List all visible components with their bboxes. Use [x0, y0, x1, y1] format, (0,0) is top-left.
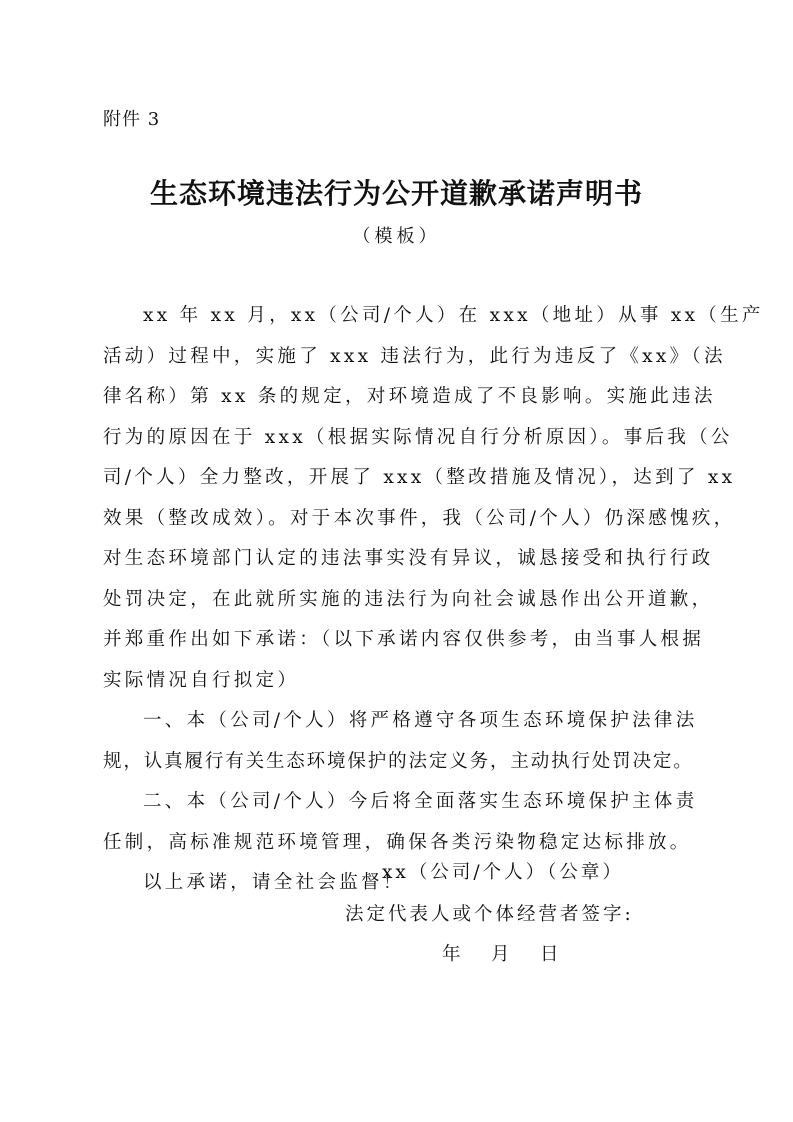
attachment-label: 附件 3	[103, 105, 160, 131]
paragraph-line: 司/个人）全力整改，开展了 xxx（整改措施及情况），达到了 xx	[103, 458, 693, 499]
commitment-1-line: 一、本（公司/个人）将严格遵守各项生态环境保护法律法	[103, 701, 693, 742]
document-title: 生态环境违法行为公开道歉承诺声明书	[0, 172, 793, 212]
document-subtitle: （模板）	[0, 222, 793, 248]
paragraph-line: 对生态环境部门认定的违法事实没有异议，诚恳接受和执行行政	[103, 539, 693, 580]
paragraph-line: 并郑重作出如下承诺：（以下承诺内容仅供参考，由当事人根据	[103, 620, 693, 661]
paragraph-line: 行为的原因在于 xxx（根据实际情况自行分析原因）。事后我（公	[103, 418, 693, 459]
commitment-1-line: 规，认真履行有关生态环境保护的法定义务，主动执行处罚决定。	[103, 742, 693, 783]
paragraph-line: 活动）过程中，实施了 xxx 违法行为，此行为违反了《xx》（法	[103, 337, 693, 378]
document-body: xx 年 xx 月，xx（公司/个人）在 xxx（地址）从事 xx（生产 活动）…	[103, 296, 693, 904]
paragraph-line: 律名称）第 xx 条的规定，对环境造成了不良影响。实施此违法	[103, 377, 693, 418]
commitment-2-line: 任制，高标准规范环境管理，确保各类污染物稳定达标排放。	[103, 823, 693, 864]
signature-date: 年 月 日	[0, 940, 565, 966]
signature-entity: xx（公司/个人）（公章）	[0, 858, 624, 884]
paragraph-line: 效果（整改成效）。对于本次事件，我（公司/个人）仍深感愧疚，	[103, 499, 693, 540]
paragraph-line: xx 年 xx 月，xx（公司/个人）在 xxx（地址）从事 xx（生产	[103, 296, 693, 337]
paragraph-line: 处罚决定，在此就所实施的违法行为向社会诚恳作出公开道歉，	[103, 580, 693, 621]
commitment-2-line: 二、本（公司/个人）今后将全面落实生态环境保护主体责	[103, 782, 693, 823]
signature-signer-label: 法定代表人或个体经营者签字:	[0, 900, 634, 926]
paragraph-line: 实际情况自行拟定）	[103, 661, 693, 702]
